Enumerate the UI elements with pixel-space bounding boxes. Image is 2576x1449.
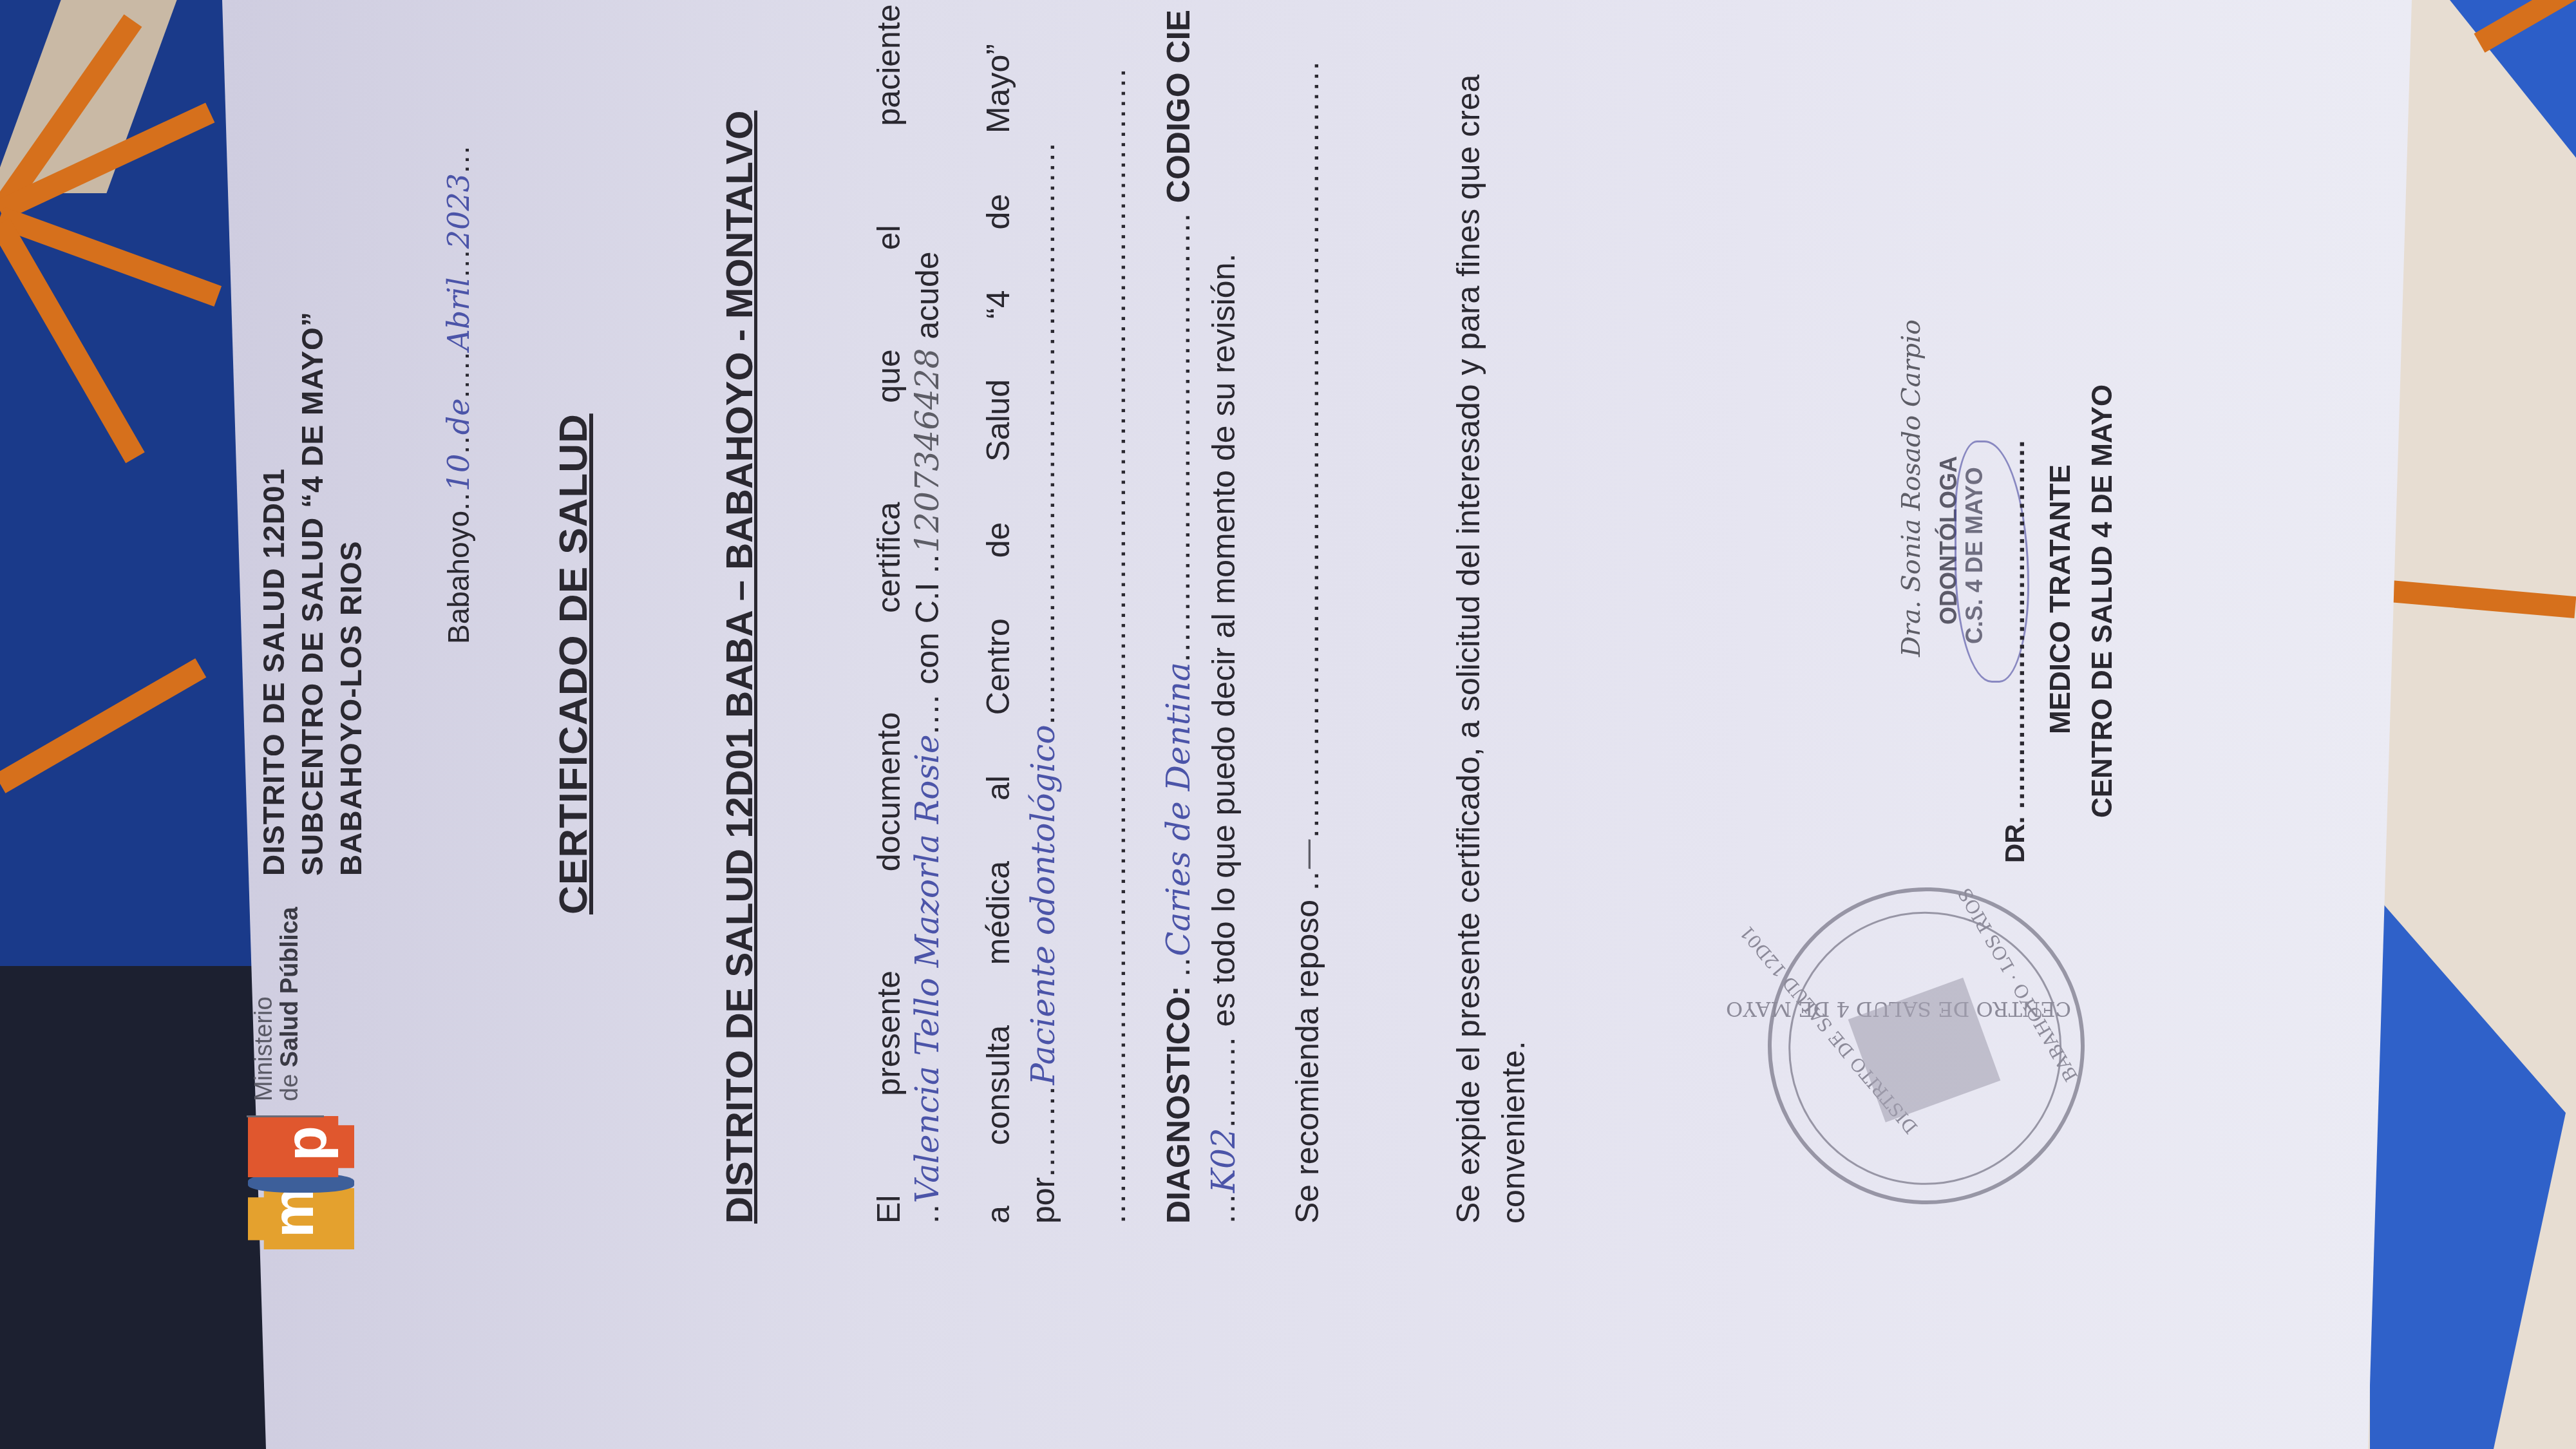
institution-line: SUBCENTRO DE SALUD “4 DE MAYO”	[293, 311, 332, 876]
todo-text: es todo lo que puedo decir al momento de…	[1206, 254, 1242, 1027]
patient-line: ..Valencia Tello Mazorla Rosie.... con C…	[905, 251, 950, 1224]
institution-header: DISTRITO DE SALUD 12D01 SUBCENTRO DE SAL…	[254, 311, 370, 876]
date-de: de	[441, 398, 476, 435]
institution-line: BABAHOYO-LOS RIOS	[332, 311, 370, 876]
word: documento	[871, 712, 907, 871]
date-year: 2023	[441, 173, 476, 249]
word: consulta	[980, 1025, 1016, 1145]
word: Centro	[980, 618, 1016, 715]
rest-label: Se recomienda reposo	[1289, 900, 1325, 1224]
rest-field: —	[1289, 838, 1326, 870]
cie-line: ...K02......... es todo lo que puedo dec…	[1201, 254, 1246, 1224]
word: al	[980, 775, 1016, 800]
word: El	[871, 1195, 907, 1224]
reason-line: por.........Paciente odontológico.......…	[1021, 142, 1066, 1224]
dr-label: DR.	[2000, 817, 2030, 863]
word: médica	[980, 861, 1016, 965]
logo-letter-m: m	[261, 1186, 327, 1238]
por-label: por	[1025, 1177, 1061, 1224]
rest-line: Se recomienda reposo ..—................…	[1285, 60, 1330, 1224]
word: Salud	[980, 379, 1016, 462]
word: de	[980, 522, 1016, 558]
ci-label: con C.I	[909, 582, 945, 684]
diagnosis-field: Caries de Dentina	[1160, 662, 1197, 956]
institution-line: DISTRITO DE SALUD 12D01	[254, 311, 293, 876]
acude-word: acude	[909, 251, 945, 339]
date-month: Abril	[441, 277, 476, 350]
patient-name-field: Valencia Tello Mazorla Rosie	[909, 734, 946, 1203]
reason-field: Paciente odontológico	[1025, 724, 1062, 1084]
msp-logo-icon: m p	[248, 1114, 357, 1249]
word: presente	[871, 971, 907, 1096]
document-subtitle: DISTRITO DE SALUD 12D01 BABA – BABAHOYO …	[718, 111, 761, 1224]
doctor-signature-line: DR. ....................................…	[2000, 439, 2031, 863]
doctor-title: MEDICO TRATANTE	[2045, 464, 2077, 734]
word: Mayo”	[980, 44, 1016, 133]
cie-value-field: K02	[1205, 1128, 1242, 1193]
signature-name-stamp: Dra. Sonia Rosado Carpio	[1897, 319, 1926, 657]
ministry-line2-prefix: de	[276, 1067, 303, 1101]
word: paciente	[871, 4, 907, 126]
word: certifica	[871, 502, 907, 613]
blank-dotted-line: ........................................…	[1092, 67, 1137, 1224]
word: que	[871, 349, 907, 402]
closing-line-1: Se expide el presente certificado, a sol…	[1446, 75, 1491, 1224]
logo-divider	[247, 1115, 324, 1117]
diagnosis-label: DIAGNOSTICO	[1160, 996, 1197, 1224]
diagnosis-line: DIAGNOSTICO: ..Caries de Dentina........…	[1156, 0, 1201, 1224]
word: a	[980, 1206, 1016, 1224]
cie-label: CODIGO CIE 10:	[1160, 0, 1197, 203]
health-certificate-document: m p Ministerio de Salud Pública DISTRITO…	[190, 32, 2380, 1417]
date-line: Babahoyo..10..de.....Abril...2023...	[441, 145, 476, 644]
consulta-line: a consulta médica al Centro de Salud “4 …	[976, 44, 1021, 1224]
ministry-line1: Ministerio	[251, 907, 277, 1101]
date-day: 10	[441, 454, 476, 492]
word: “4	[980, 290, 1016, 318]
doctor-center: CENTRO DE SALUD 4 DE MAYO	[2087, 384, 2119, 818]
logo-letter-p: p	[274, 1126, 340, 1161]
word: de	[980, 194, 1016, 230]
document-title: CERTIFICADO DE SALUD	[551, 413, 596, 914]
date-city: Babahoyo	[442, 511, 475, 644]
official-stamp: CENTRO DE SALUD 4 DE MAYO DISTRITO DE SA…	[1723, 843, 2130, 1249]
ministry-name: Ministerio de Salud Pública	[251, 907, 303, 1101]
ministry-line2-bold: Salud Pública	[276, 907, 303, 1067]
closing-line-2: conveniente.	[1491, 1041, 1536, 1224]
word: el	[871, 225, 907, 250]
ci-value-field: 1207346428	[909, 348, 946, 553]
